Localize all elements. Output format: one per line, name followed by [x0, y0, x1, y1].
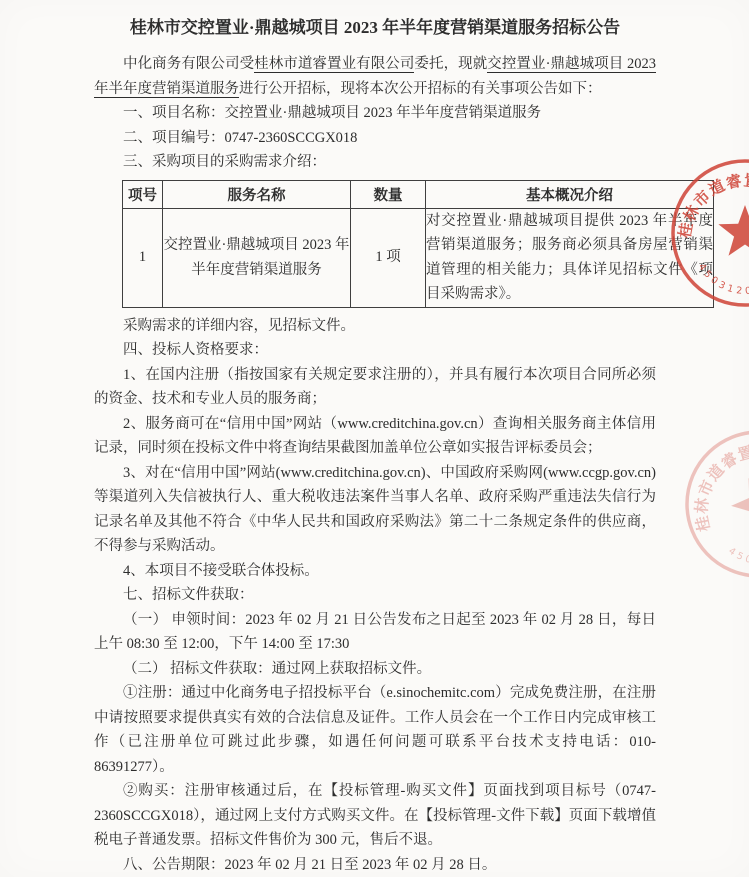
paragraph: 八、公告期限：2023 年 02 月 21 日至 2023 年 02 月 28 …	[94, 853, 656, 877]
plain-text: 委托，现就	[414, 56, 487, 72]
star-icon	[718, 205, 749, 256]
table-row: 1交控置业·鼎越城项目 2023 年半年度营销渠道服务1 项对交控置业·鼎越城项…	[123, 208, 714, 307]
paragraph: （一） 申领时间：2023 年 02 月 21 日公告发布之日起至 2023 年…	[94, 608, 656, 657]
table-body: 1交控置业·鼎越城项目 2023 年半年度营销渠道服务1 项对交控置业·鼎越城项…	[123, 208, 714, 307]
document-title: 桂林市交控置业·鼎越城项目 2023 年半年度营销渠道服务招标公告	[94, 16, 656, 40]
intro-paragraph: 中化商务有限公司受桂林市道睿置业有限公司委托，现就交控置业·鼎越城项目 2023…	[94, 52, 656, 101]
cell-item-no: 1	[123, 208, 163, 307]
star-icon	[724, 468, 749, 535]
scanned-document-page: 桂林市交控置业·鼎越城项目 2023 年半年度营销渠道服务招标公告 中化商务有限…	[0, 0, 749, 877]
table-header-row: 项号服务名称数量基本概况介绍	[123, 180, 714, 208]
paragraph: 一、项目名称：交控置业·鼎越城项目 2023 年半年度营销渠道服务	[94, 101, 656, 126]
document-content: 桂林市交控置业·鼎越城项目 2023 年半年度营销渠道服务招标公告 中化商务有限…	[94, 16, 656, 877]
paragraph: 4、本项目不接受联合体投标。	[94, 559, 656, 584]
plain-text: 进行公开招标，现将本次公开招标的有关事项公告如下：	[239, 81, 602, 97]
procurement-requirements-table: 项号服务名称数量基本概况介绍 1交控置业·鼎越城项目 2023 年半年度营销渠道…	[122, 180, 714, 308]
paragraph: 2、服务商可在“信用中国”网站（www.creditchina.gov.cn）查…	[94, 412, 656, 461]
cell-service-name: 交控置业·鼎越城项目 2023 年半年度营销渠道服务	[163, 208, 351, 307]
column-header: 数量	[351, 180, 426, 208]
seal-ring	[665, 410, 749, 597]
seal-code-text: 450312002	[724, 520, 749, 582]
pre-table-section: 一、项目名称：交控置业·鼎越城项目 2023 年半年度营销渠道服务二、项目编号：…	[94, 101, 656, 175]
paragraph: 七、招标文件获取：	[94, 583, 656, 608]
underlined-text: 桂林市道睿置业有限公司	[254, 56, 414, 73]
column-header: 服务名称	[163, 180, 351, 208]
paragraph: 二、项目编号：0747-2360SCCGX018	[94, 126, 656, 151]
cell-quantity: 1 项	[351, 208, 426, 307]
paragraph: 四、投标人资格要求：	[94, 338, 656, 363]
cell-description: 对交控置业·鼎越城项目提供 2023 年半年度营销渠道服务；服务商必须具备房屋营…	[426, 208, 714, 307]
paragraph: ②购买：注册审核通过后，在【投标管理-购买文件】页面找到项目标号（0747-23…	[94, 779, 656, 853]
column-header: 基本概况介绍	[426, 180, 714, 208]
paragraph: 1、在国内注册（指按国家有关规定要求注册的），并具有履行本次项目合同所必须的资金…	[94, 363, 656, 412]
column-header: 项号	[123, 180, 163, 208]
plain-text: 中化商务有限公司受	[123, 56, 254, 72]
paragraph: ①注册：通过中化商务电子招投标平台（e.sinochemitc.com）完成免费…	[94, 681, 656, 779]
paragraph: 采购需求的详细内容，见招标文件。	[94, 314, 656, 339]
paragraph: 三、采购项目的采购需求介绍：	[94, 150, 656, 175]
paragraph: 3、对在“信用中国”网站(www.creditchina.gov.cn)、中国政…	[94, 461, 656, 559]
paragraph: （二） 招标文件获取：通过网上获取招标文件。	[94, 657, 656, 682]
post-table-section: 采购需求的详细内容，见招标文件。四、投标人资格要求：1、在国内注册（指按国家有关…	[94, 314, 656, 877]
